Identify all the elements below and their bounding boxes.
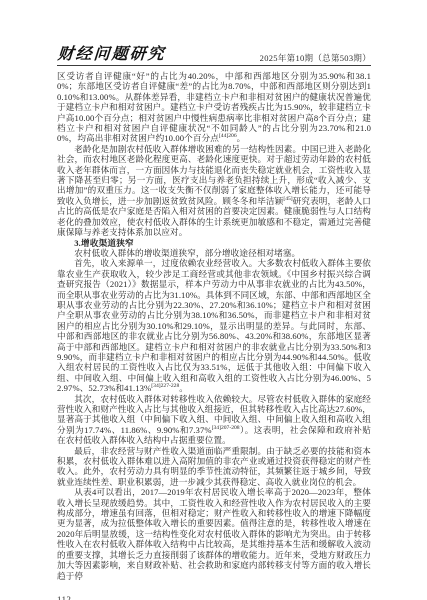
body-paragraph: 其次，农村低收入群体对转移性收入依赖较大。尽管农村低收入群体的家庭经营性收入和财… [57, 394, 371, 446]
citation-superscript: [34]207-208 [212, 425, 240, 431]
journal-logo: 财经问题研究 [57, 46, 166, 63]
body-paragraph: 从表4可以看出，2017—2019年农村居民收入增长率高于2020—2023年，… [57, 487, 371, 581]
paragraph-container: 区受访者自评健康“好”的占比为40.20%，中部和西部地区分别为35.90%和3… [57, 71, 371, 581]
journal-page: 财经问题研究 2025年第10期（总第503期） 区受访者自评健康“好”的占比为… [0, 0, 427, 600]
body-paragraph: 区受访者自评健康“好”的占比为40.20%，中部和西部地区分别为35.90%和3… [57, 71, 371, 144]
page-header: 财经问题研究 2025年第10期（总第503期） [57, 46, 371, 66]
body-paragraph: 首先，收入来源单一，过度依赖农业经营收入。大多数农村低收入群体主要依靠农业生产获… [57, 258, 371, 393]
citation-superscript: [34]227-228 [151, 383, 179, 389]
page-footer: 112 [57, 594, 371, 600]
page-content: 财经问题研究 2025年第10期（总第503期） 区受访者自评健康“好”的占比为… [57, 46, 371, 600]
body-paragraph: 老龄化是加剧农村低收入群体增收困难的另一结构性因素。中国已进入老龄化社会，而农村… [57, 144, 371, 238]
section-heading: 3.增收渠道狭窄 [57, 238, 371, 248]
issue-info: 2025年第10期（总第503期） [260, 53, 371, 63]
body-paragraph: 最后，非农经营与财产性收入渠道面临严重限制。由于缺乏必要的技能和资本积累，农村低… [57, 446, 371, 488]
page-number: 112 [57, 594, 371, 600]
page-body: 区受访者自评健康“好”的占比为40.20%，中部和西部地区分别为35.90%和3… [57, 71, 371, 581]
citation-superscript: [45] [283, 196, 292, 202]
citation-superscript: [44]206 [219, 134, 237, 140]
body-paragraph: 农村低收入群体的增收渠道狭窄，部分增收途径相对堵塞。 [57, 248, 371, 258]
